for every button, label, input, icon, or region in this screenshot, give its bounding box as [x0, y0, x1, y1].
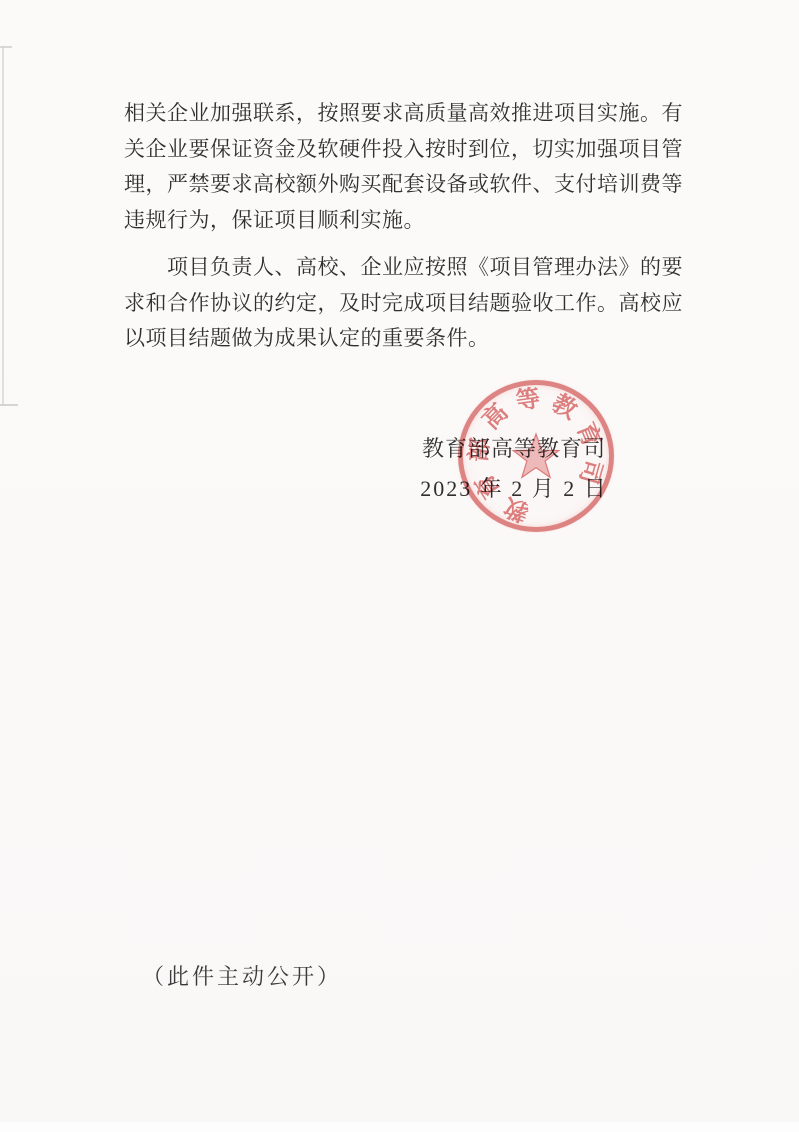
seal-ring-char: 司 — [574, 455, 606, 487]
doc-line: 关企业要保证资金及软硬件投入按时到位，切实加强项目管 — [124, 132, 680, 168]
doc-line: 违规行为，保证项目顺利实施。 — [124, 203, 680, 239]
seal-ring-text: 教育部高等教育司 — [458, 380, 614, 532]
doc-line: 相关企业加强联系，按照要求高质量高效推进项目实施。有 — [124, 96, 680, 132]
seal-ring-char: 部 — [466, 436, 495, 465]
seal-ring-char: 教 — [546, 390, 582, 426]
seal-ring-char: 育 — [571, 418, 605, 452]
scan-background-edge — [0, 1122, 799, 1132]
footer-note: （此件主动公开） — [142, 960, 342, 991]
doc-line: 以项目结题做为成果认定的重要条件。 — [124, 321, 680, 357]
seal-ring-char: 育 — [471, 468, 507, 504]
scan-artifact-vline — [2, 46, 4, 406]
seal-ring-char: 等 — [514, 386, 543, 415]
seal-ring-char: 高 — [477, 399, 514, 436]
body-text: 相关企业加强联系，按照要求高质量高效推进项目实施。有关企业要保证资金及软硬件投入… — [124, 96, 680, 357]
seal-ring-char: 教 — [500, 492, 533, 525]
doc-line: 理，严禁要求高校额外购买配套设备或软件、支付培训费等 — [124, 167, 680, 203]
scan-artifact-tick-mid — [0, 404, 18, 406]
scan-artifact-tick-top — [0, 46, 12, 48]
official-seal: 教育部高等教育司 — [458, 380, 614, 532]
doc-line: 求和合作协议的约定，及时完成项目结题验收工作。高校应 — [124, 286, 680, 322]
document-page: 相关企业加强联系，按照要求高质量高效推进项目实施。有关企业要保证资金及软硬件投入… — [0, 0, 799, 1122]
doc-line: 项目负责人、高校、企业应按照《项目管理办法》的要 — [124, 250, 680, 286]
